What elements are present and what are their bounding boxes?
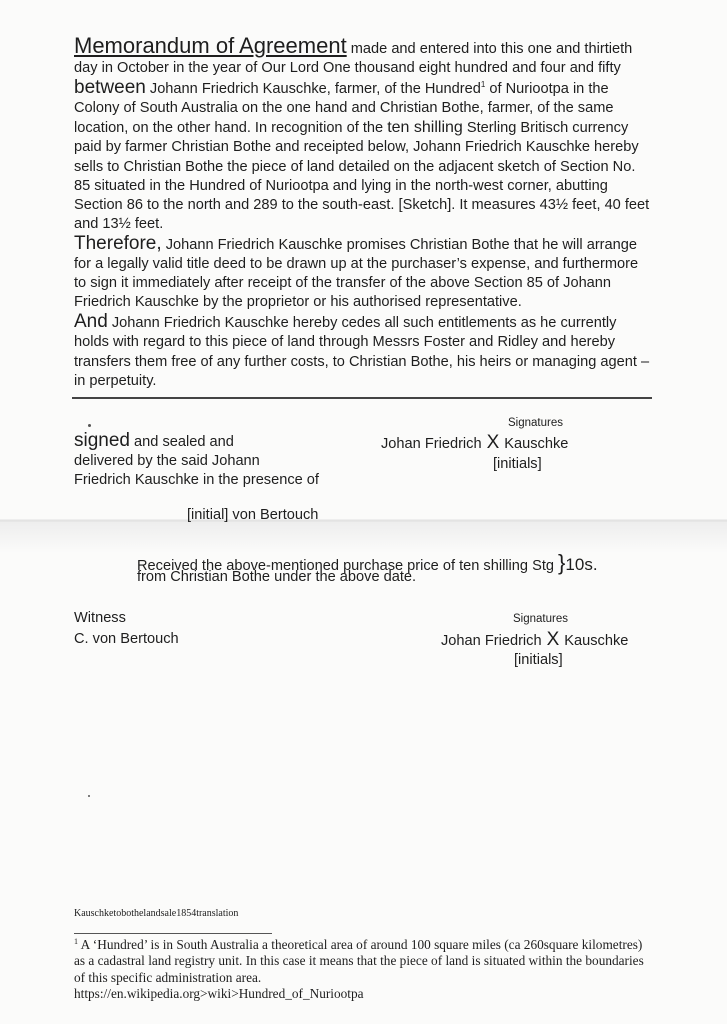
witness-signature: [initial] von Bertouch: [187, 507, 318, 523]
footnote-link: https://en.wikipedia.org>wiki>Hundred_of…: [74, 986, 364, 1001]
signatures-label: Signatures: [508, 417, 563, 429]
witness-label: Witness: [74, 610, 126, 626]
document-title: Memorandum of Agreement: [74, 33, 347, 58]
footnote-divider: [74, 933, 272, 934]
signed-line-1: signed and sealed and: [74, 430, 234, 452]
agreement-paragraph-2: Therefore, Johann Friedrich Kauschke pro…: [74, 234, 654, 312]
agreement-paragraph-3: And Johann Friedrich Kauschke hereby ced…: [74, 312, 654, 390]
footnote: 1 A ‘Hundred’ is in South Australia a th…: [74, 937, 654, 1003]
signatures-label-2: Signatures: [513, 613, 568, 625]
scanned-document-page: Memorandum of Agreement made and entered…: [0, 0, 727, 1024]
lead-word-and: And: [74, 311, 108, 332]
scan-speck: [88, 424, 91, 427]
signature-mark: X: [482, 432, 505, 453]
scan-speck-2: [88, 795, 90, 797]
file-name: Kauschketobothelandsale1854translation: [74, 908, 238, 919]
signer-signature: Johan FriedrichXKauschke: [381, 432, 568, 454]
signer-initials-2: [initials]: [514, 652, 563, 668]
witness-name: C. von Bertouch: [74, 631, 179, 647]
paper-fold-shadow: [0, 523, 727, 553]
signed-line-2: delivered by the said Johann: [74, 453, 260, 469]
signer-initials: [initials]: [493, 456, 542, 472]
signature-mark-2: X: [542, 629, 565, 650]
lead-word-therefore: Therefore,: [74, 233, 162, 254]
signed-line-3: Friedrich Kauschke in the presence of: [74, 472, 319, 488]
agreement-body: Memorandum of Agreement made and entered…: [74, 36, 654, 391]
signer-signature-2: Johan FriedrichXKauschke: [441, 629, 628, 651]
lead-word-signed: signed: [74, 430, 130, 451]
receipt-amount: 10s.: [565, 555, 597, 574]
agreement-paragraph-1: Memorandum of Agreement made and entered…: [74, 36, 654, 234]
section-divider: [72, 397, 652, 399]
receipt-line-2: from Christian Bothe under the above dat…: [137, 569, 416, 585]
ten-shilling-emphasis: ten shilling: [387, 119, 463, 136]
lead-word-between: between: [74, 77, 146, 98]
